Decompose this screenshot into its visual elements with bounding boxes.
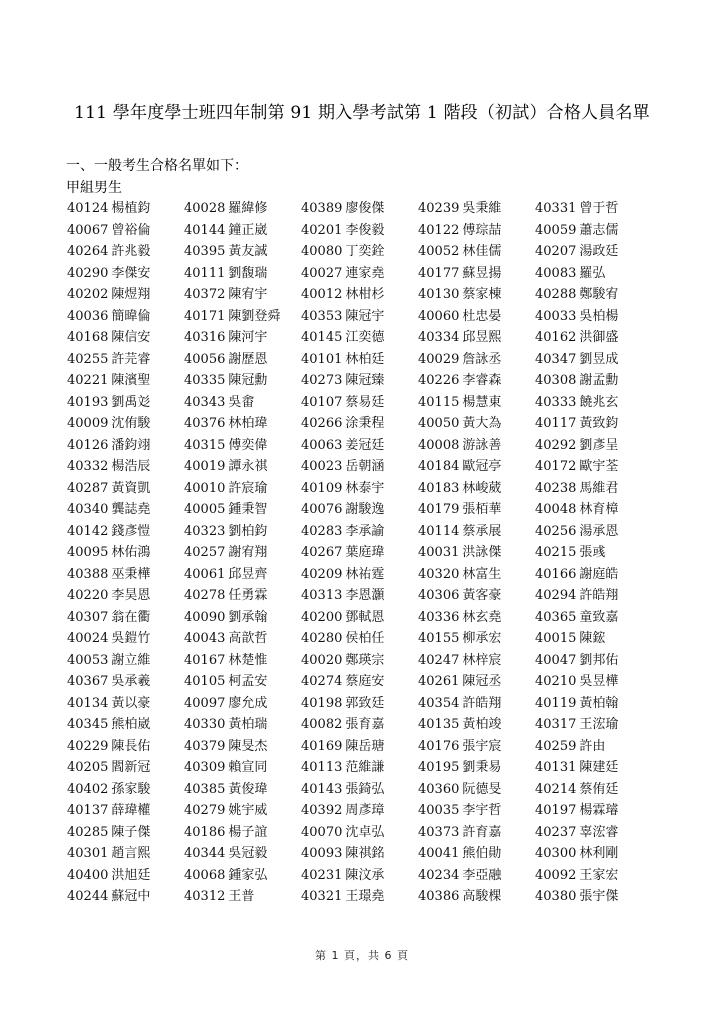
candidate-name: 許皓翔 [579,588,618,603]
candidate-id: 40015 [535,631,576,646]
candidate-name: 鄭駿宥 [579,287,618,302]
candidate-entry: 40168陳信安 [67,327,184,349]
candidate-entry: 40278任勇霖 [184,585,301,607]
candidate-id: 40273 [301,373,342,388]
candidate-id: 40115 [418,395,459,410]
candidate-entry: 40076謝駿逸 [301,499,418,521]
candidate-id: 40033 [535,309,576,324]
candidate-entry: 40068鍾家弘 [184,865,301,887]
roster-row: 40287黃資凱40010許宸瑜40109林泰宇40183林峻葳40238馬維君 [67,478,667,500]
candidate-roster: 40124楊植鈞40028羅緯修40389廖俊傑40239吳秉維40331曾于哲… [67,198,667,908]
candidate-name: 陳冠勳 [228,373,267,388]
candidate-entry: 40041熊伯勛 [418,843,535,865]
candidate-id: 40239 [418,201,459,216]
candidate-entry: 40200鄧軾恩 [301,607,418,629]
candidate-name: 薛瑋權 [111,803,150,818]
candidate-name: 陳祺銘 [345,846,384,861]
candidate-entry: 40267葉庭瑋 [301,542,418,564]
candidate-id: 40307 [67,610,108,625]
candidate-name: 蘇昱揚 [462,266,501,281]
candidate-entry: 40307翁在衢 [67,607,184,629]
candidate-name: 劉邦佑 [579,653,618,668]
candidate-id: 40050 [418,416,459,431]
candidate-name: 楊慧東 [462,395,501,410]
roster-row: 40137薛瑋權40279姚宇威40392周彥璋40035李宇哲40197楊霖璿 [67,800,667,822]
candidate-name: 許由 [579,739,605,754]
candidate-name: 曾裕倫 [111,223,150,238]
candidate-id: 40143 [301,782,342,797]
candidate-entry: 40134黃以豪 [67,693,184,715]
candidate-name: 孫家駿 [111,782,150,797]
candidate-entry: 40266涂秉程 [301,413,418,435]
candidate-id: 40209 [301,567,342,582]
candidate-id: 40274 [301,674,342,689]
candidate-id: 40080 [301,244,342,259]
candidate-entry: 40207湯政廷 [535,241,652,263]
candidate-entry: 40315傅奕偉 [184,435,301,457]
roster-row: 40340龔誌堯40005鍾秉智40076謝駿逸40179張栢華40048林育樟 [67,499,667,521]
candidate-id: 40176 [418,739,459,754]
candidate-name: 劉彥呈 [579,438,618,453]
candidate-id: 40316 [184,330,225,345]
candidate-name: 湯承恩 [579,524,618,539]
candidate-entry: 40336林玄堯 [418,607,535,629]
candidate-id: 40179 [418,502,459,517]
candidate-name: 林柑杉 [345,287,384,302]
candidate-entry: 40198郭致廷 [301,693,418,715]
candidate-entry: 40226李睿森 [418,370,535,392]
candidate-id: 40312 [184,889,225,904]
candidate-name: 歐冠亭 [462,459,501,474]
candidate-id: 40171 [184,309,225,324]
candidate-entry: 40288鄭駿宥 [535,284,652,306]
candidate-entry: 40080丁奕銓 [301,241,418,263]
candidate-name: 沈卓弘 [345,825,384,840]
candidate-name: 鄧軾恩 [345,610,384,625]
candidate-name: 丁奕銓 [345,244,384,259]
candidate-id: 40234 [418,868,459,883]
candidate-entry: 40386高駿棵 [418,886,535,908]
candidate-id: 40237 [535,825,576,840]
candidate-entry: 40115楊慧東 [418,392,535,414]
candidate-name: 洪旭廷 [111,868,150,883]
candidate-entry: 40143張錡弘 [301,779,418,801]
candidate-entry: 40010許宸瑜 [184,478,301,500]
candidate-id: 40347 [535,352,576,367]
candidate-id: 40294 [535,588,576,603]
candidate-id: 40048 [535,502,576,517]
candidate-name: 江奕德 [345,330,384,345]
candidate-name: 張彧 [579,545,605,560]
candidate-name: 翁在衢 [111,610,150,625]
candidate-name: 邱昱齊 [228,567,267,582]
candidate-id: 40172 [535,459,576,474]
candidate-id: 40373 [418,825,459,840]
candidate-id: 40012 [301,287,342,302]
candidate-entry: 40280侯柏任 [301,628,418,650]
candidate-name: 鐘正崴 [228,223,267,238]
candidate-id: 40036 [67,309,108,324]
candidate-name: 黃柏竣 [462,717,501,732]
candidate-entry: 40320林富生 [418,564,535,586]
candidate-id: 40266 [301,416,342,431]
candidate-id: 40009 [67,416,108,431]
page-footer: 第 1 頁，共 6 頁 [0,947,724,963]
candidate-name: 范維謙 [345,760,384,775]
candidate-id: 40320 [418,567,459,582]
candidate-id: 40177 [418,266,459,281]
candidate-id: 40379 [184,739,225,754]
candidate-name: 陳鋐 [579,631,605,646]
candidate-name: 謝立維 [111,653,150,668]
candidate-name: 岳朝涵 [345,459,384,474]
candidate-name: 林佳儒 [462,244,501,259]
candidate-name: 張栢華 [462,502,501,517]
candidate-entry: 40257謝宥翔 [184,542,301,564]
candidate-entry: 40145江奕德 [301,327,418,349]
candidate-id: 40184 [418,459,459,474]
candidate-id: 40167 [184,653,225,668]
candidate-id: 40301 [67,846,108,861]
candidate-entry: 40385黃俊瑋 [184,779,301,801]
candidate-id: 40155 [418,631,459,646]
roster-row: 40024吳鎧竹40043高歆哲40280侯柏任40155柳承宏40015陳鋐 [67,628,667,650]
candidate-entry: 40033吳柏楊 [535,306,652,328]
candidate-name: 陳煜翔 [111,287,150,302]
candidate-name: 杜忠晏 [462,309,501,324]
candidate-name: 林梓宸 [462,653,501,668]
candidate-name: 吳冠毅 [228,846,267,861]
candidate-entry: 40169陳岳瑭 [301,736,418,758]
roster-row: 40126潘鈞翊40315傅奕偉40063姜冠廷40008游詠善40292劉彥呈 [67,435,667,457]
roster-row: 40290李傑安40111劉馥瑞40027連家堯40177蘇昱揚40083羅弘 [67,263,667,285]
candidate-entry: 40259許由 [535,736,652,758]
candidate-id: 40210 [535,674,576,689]
candidate-name: 林育樟 [579,502,618,517]
candidate-id: 40229 [67,739,108,754]
candidate-entry: 40135黃柏竣 [418,714,535,736]
candidate-name: 黃資凱 [111,481,150,496]
candidate-entry: 40389廖俊傑 [301,198,418,220]
candidate-id: 40385 [184,782,225,797]
candidate-id: 40023 [301,459,342,474]
candidate-entry: 40142錢彥愷 [67,521,184,543]
candidate-entry: 40238馬維君 [535,478,652,500]
candidate-name: 柳承宏 [462,631,501,646]
candidate-entry: 40237辜浤睿 [535,822,652,844]
candidate-id: 40259 [535,739,576,754]
candidate-name: 蕭志儒 [579,223,618,238]
candidate-id: 40027 [301,266,342,281]
candidate-name: 李俊毅 [345,223,384,238]
roster-row: 40067曾裕倫40144鐘正崴40201李俊毅40122傅琮喆40059蕭志儒 [67,220,667,242]
candidate-id: 40306 [418,588,459,603]
candidate-id: 40255 [67,352,108,367]
candidate-entry: 40261陳冠丞 [418,671,535,693]
candidate-entry: 40031洪詠傑 [418,542,535,564]
roster-row: 40036簡暐倫40171陳劉登舜40353陳冠宇40060杜忠晏40033吳柏… [67,306,667,328]
candidate-name: 吳畬 [228,395,254,410]
candidate-entry: 40107蔡易廷 [301,392,418,414]
candidate-id: 40205 [67,760,108,775]
candidate-name: 許芫睿 [111,352,150,367]
candidate-name: 許育嘉 [462,825,501,840]
candidate-name: 蔡易廷 [345,395,384,410]
candidate-name: 涂秉程 [345,416,384,431]
candidate-name: 羅弘 [579,266,605,281]
candidate-entry: 40283李承諭 [301,521,418,543]
candidate-entry: 40155柳承宏 [418,628,535,650]
candidate-id: 40267 [301,545,342,560]
candidate-id: 40195 [418,760,459,775]
candidate-id: 40345 [67,717,108,732]
candidate-entry: 40210吳昱樺 [535,671,652,693]
candidate-name: 許宸瑜 [228,481,267,496]
candidate-id: 40113 [301,760,342,775]
candidate-id: 40321 [301,889,342,904]
candidate-name: 游詠善 [462,438,501,453]
candidate-name: 李睿森 [462,373,501,388]
candidate-entry: 40300林利剛 [535,843,652,865]
roster-row: 40095林佑鴻40257謝宥翔40267葉庭瑋40031洪詠傑40215張彧 [67,542,667,564]
candidate-name: 劉承翰 [228,610,267,625]
candidate-entry: 40316陳河宇 [184,327,301,349]
candidate-entry: 40334邱昱熙 [418,327,535,349]
candidate-id: 40083 [535,266,576,281]
candidate-id: 40226 [418,373,459,388]
candidate-entry: 40179張栢華 [418,499,535,521]
candidate-entry: 40020鄭瑛宗 [301,650,418,672]
candidate-name: 劉昱成 [579,352,618,367]
candidate-id: 40101 [301,352,342,367]
candidate-entry: 40287黃資凱 [67,478,184,500]
candidate-entry: 40167林楚惟 [184,650,301,672]
candidate-id: 40020 [301,653,342,668]
roster-row: 40332楊浩辰40019譚永祺40023岳朝涵40184歐冠亭40172歐宇荃 [67,456,667,478]
candidate-entry: 40027連家堯 [301,263,418,285]
candidate-entry: 40313李恩灝 [301,585,418,607]
group-heading: 甲組男生 [66,177,122,197]
candidate-entry: 40344吳冠毅 [184,843,301,865]
candidate-name: 邱昱熙 [462,330,501,345]
roster-row: 40400洪旭廷40068鍾家弘40231陳汶承40234李亞融40092王家宏 [67,865,667,887]
candidate-id: 40169 [301,739,342,754]
candidate-entry: 40162洪御盛 [535,327,652,349]
candidate-name: 曾于哲 [579,201,618,216]
candidate-name: 鍾秉智 [228,502,267,517]
candidate-entry: 40117黃致鈞 [535,413,652,435]
candidate-name: 劉馥瑞 [228,266,267,281]
candidate-entry: 40292劉彥呈 [535,435,652,457]
candidate-name: 陳濱聖 [111,373,150,388]
candidate-id: 40166 [535,567,576,582]
candidate-id: 40392 [301,803,342,818]
candidate-entry: 40321王璟堯 [301,886,418,908]
candidate-id: 40400 [67,868,108,883]
candidate-name: 謝孟勳 [579,373,618,388]
candidate-entry: 40053謝立維 [67,650,184,672]
candidate-entry: 40186楊子誼 [184,822,301,844]
candidate-id: 40256 [535,524,576,539]
candidate-id: 40354 [418,696,459,711]
candidate-name: 陳宥宇 [228,287,267,302]
candidate-entry: 40083羅弘 [535,263,652,285]
candidate-id: 40168 [67,330,108,345]
candidate-id: 40280 [301,631,342,646]
candidate-id: 40008 [418,438,459,453]
candidate-name: 陳岳瑭 [345,739,384,754]
candidate-entry: 40308謝孟勳 [535,370,652,392]
candidate-entry: 40092王家宏 [535,865,652,887]
candidate-entry: 40008游詠善 [418,435,535,457]
candidate-entry: 40067曾裕倫 [67,220,184,242]
roster-row: 40345熊柏崴40330黃柏瑞40082張育嘉40135黃柏竣40317王浤瑜 [67,714,667,736]
candidate-id: 40323 [184,524,225,539]
candidate-name: 李恩灝 [345,588,384,603]
candidate-id: 40082 [301,717,342,732]
candidate-entry: 40247林梓宸 [418,650,535,672]
candidate-entry: 40400洪旭廷 [67,865,184,887]
candidate-name: 吳昱樺 [579,674,618,689]
roster-row: 40264許兆毅40395黃友誠40080丁奕銓40052林佳儒40207湯政廷 [67,241,667,263]
candidate-entry: 40119黃柏翰 [535,693,652,715]
candidate-entry: 40171陳劉登舜 [184,306,301,328]
candidate-id: 40070 [301,825,342,840]
candidate-id: 40053 [67,653,108,668]
candidate-entry: 40309賴宣同 [184,757,301,779]
candidate-name: 林玄堯 [462,610,501,625]
candidate-id: 40261 [418,674,459,689]
candidate-name: 李傑安 [111,266,150,281]
candidate-name: 黃友誠 [228,244,267,259]
candidate-name: 陳汶承 [345,868,384,883]
candidate-name: 黃柏瑞 [228,717,267,732]
candidate-id: 40061 [184,567,225,582]
candidate-name: 柯孟安 [228,674,267,689]
candidate-entry: 40317王浤瑜 [535,714,652,736]
candidate-entry: 40166謝庭皓 [535,564,652,586]
candidate-id: 40198 [301,696,342,711]
candidate-id: 40010 [184,481,225,496]
candidate-name: 侯柏任 [345,631,384,646]
candidate-name: 譚永祺 [228,459,267,474]
candidate-entry: 40380張宇傑 [535,886,652,908]
candidate-id: 40257 [184,545,225,560]
candidate-entry: 40365童致嘉 [535,607,652,629]
candidate-entry: 40332楊浩辰 [67,456,184,478]
roster-row: 40134黃以豪40097廖允成40198郭致廷40354許皓翔40119黃柏翰 [67,693,667,715]
candidate-name: 吳柏楊 [579,309,618,324]
candidate-id: 40386 [418,889,459,904]
candidate-id: 40005 [184,502,225,517]
candidate-entry: 40209林祐霆 [301,564,418,586]
candidate-id: 40202 [67,287,108,302]
candidate-name: 李承諭 [345,524,384,539]
candidate-id: 40300 [535,846,576,861]
candidate-entry: 40035李宇哲 [418,800,535,822]
candidate-id: 40395 [184,244,225,259]
candidate-name: 陳信安 [111,330,150,345]
candidate-name: 高歆哲 [228,631,267,646]
candidate-name: 郭致廷 [345,696,384,711]
candidate-entry: 40220李昊恩 [67,585,184,607]
candidate-entry: 40097廖允成 [184,693,301,715]
candidate-id: 40124 [67,201,108,216]
candidate-name: 葉庭瑋 [345,545,384,560]
candidate-id: 40244 [67,889,108,904]
roster-row: 40244蘇冠中40312王普40321王璟堯40386高駿棵40380張宇傑 [67,886,667,908]
candidate-name: 陳長佑 [111,739,150,754]
candidate-id: 40335 [184,373,225,388]
candidate-name: 湯政廷 [579,244,618,259]
candidate-entry: 40183林峻葳 [418,478,535,500]
candidate-entry: 40215張彧 [535,542,652,564]
candidate-id: 40067 [67,223,108,238]
candidate-id: 40388 [67,567,108,582]
roster-row: 40142錢彥愷40323劉柏鈞40283李承諭40114蔡承展40256湯承恩 [67,521,667,543]
candidate-entry: 40095林佑鴻 [67,542,184,564]
candidate-name: 林柏廷 [345,352,384,367]
candidate-name: 錢彥愷 [111,524,150,539]
candidate-name: 劉柏鈞 [228,524,267,539]
candidate-name: 傅奕偉 [228,438,267,453]
candidate-entry: 40373許育嘉 [418,822,535,844]
candidate-entry: 40379陳旻杰 [184,736,301,758]
candidate-id: 40134 [67,696,108,711]
candidate-entry: 40197楊霖璿 [535,800,652,822]
candidate-id: 40290 [67,266,108,281]
candidate-id: 40090 [184,610,225,625]
candidate-entry: 40255許芫睿 [67,349,184,371]
candidate-entry: 40028羅緯修 [184,198,301,220]
candidate-id: 40060 [418,309,459,324]
candidate-name: 蔡侑廷 [579,782,618,797]
candidate-name: 黃大為 [462,416,501,431]
candidate-entry: 40306黃客豪 [418,585,535,607]
candidate-id: 40402 [67,782,108,797]
candidate-entry: 40214蔡侑廷 [535,779,652,801]
candidate-name: 陳旻杰 [228,739,267,754]
candidate-name: 趙言熙 [111,846,150,861]
candidate-name: 饒兆玄 [579,395,618,410]
candidate-id: 40231 [301,868,342,883]
candidate-id: 40247 [418,653,459,668]
candidate-entry: 40015陳鋐 [535,628,652,650]
candidate-id: 40278 [184,588,225,603]
candidate-entry: 40273陳冠臻 [301,370,418,392]
candidate-name: 蔡承展 [462,524,501,539]
roster-row: 40285陳子傑40186楊子誼40070沈卓弘40373許育嘉40237辜浤睿 [67,822,667,844]
candidate-name: 林泰宇 [345,481,384,496]
candidate-entry: 40082張育嘉 [301,714,418,736]
candidate-name: 蘇冠中 [111,889,150,904]
candidate-id: 40365 [535,610,576,625]
candidate-name: 吳鎧竹 [111,631,150,646]
candidate-entry: 40052林佳儒 [418,241,535,263]
candidate-entry: 40331曾于哲 [535,198,652,220]
candidate-entry: 40195劉秉易 [418,757,535,779]
roster-row: 40307翁在衢40090劉承翰40200鄧軾恩40336林玄堯40365童致嘉 [67,607,667,629]
candidate-id: 40334 [418,330,459,345]
candidate-name: 童致嘉 [579,610,618,625]
candidate-name: 林柏瑋 [228,416,267,431]
candidate-name: 賴宣同 [228,760,267,775]
candidate-id: 40215 [535,545,576,560]
candidate-id: 40130 [418,287,459,302]
candidate-entry: 40101林柏廷 [301,349,418,371]
candidate-entry: 40367吳承羲 [67,671,184,693]
candidate-entry: 40312王普 [184,886,301,908]
